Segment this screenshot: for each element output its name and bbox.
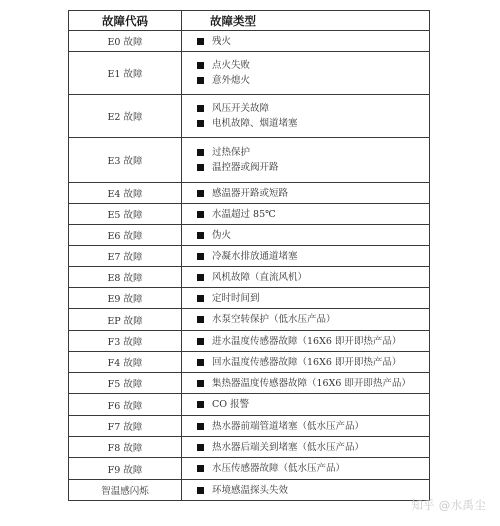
fault-type-item: 进水温度传感器故障（16X6 即开即热产品）	[197, 334, 429, 349]
fault-type-cell: 过热保护温控器或阀开路	[182, 138, 430, 183]
fault-type-item: 感温器开路或短路	[197, 186, 429, 201]
fault-type-item: 伪火	[197, 228, 429, 243]
table-row: E5 故障水温超过 85℃	[69, 204, 430, 225]
fault-type-text: 热水器前端管道堵塞（低水压产品）	[212, 419, 364, 434]
fault-type-item: 风压开关故障	[197, 101, 429, 116]
square-bullet-icon	[197, 359, 204, 366]
fault-type-item: 环境感温探头失效	[197, 483, 429, 498]
fault-type-cell: 感温器开路或短路	[182, 183, 430, 204]
table-row: F8 故障热水器后端关到堵塞（低水压产品）	[69, 437, 430, 458]
fault-code-cell: E9 故障	[69, 288, 182, 309]
square-bullet-icon	[197, 77, 204, 84]
fault-code-cell: E7 故障	[69, 246, 182, 267]
fault-type-item: 残火	[197, 34, 429, 49]
square-bullet-icon	[197, 38, 204, 45]
fault-type-cell: 残火	[182, 31, 430, 52]
fault-type-text: 风机故障（直流风机）	[212, 270, 307, 285]
fault-type-item: 风机故障（直流风机）	[197, 270, 429, 285]
fault-type-text: 冷凝水排放通道堵塞	[212, 249, 298, 264]
header-fault-type: 故障类型	[182, 11, 430, 31]
table-body: E0 故障残火E1 故障点火失败意外熄火E2 故障风压开关故障电机故障、烟道堵塞…	[69, 31, 430, 501]
fault-type-text: 伪火	[212, 228, 231, 243]
fault-code-cell: F3 故障	[69, 331, 182, 352]
square-bullet-icon	[197, 487, 204, 494]
table-row: F5 故障集热器温度传感器故障（16X6 即开即热产品）	[69, 373, 430, 394]
table-row: F6 故障CO 报警	[69, 394, 430, 416]
fault-type-text: 电机故障、烟道堵塞	[212, 116, 298, 131]
fault-type-item: 点火失败	[197, 58, 429, 73]
fault-type-cell: 热水器前端管道堵塞（低水压产品）	[182, 416, 430, 437]
fault-type-text: 热水器后端关到堵塞（低水压产品）	[212, 440, 364, 455]
table-row: EP 故障水泵空转保护（低水压产品）	[69, 309, 430, 331]
fault-type-item: 电机故障、烟道堵塞	[197, 116, 429, 131]
table-row: E0 故障残火	[69, 31, 430, 52]
fault-type-cell: 水压传感器故障（低水压产品）	[182, 458, 430, 480]
fault-code-cell: F4 故障	[69, 352, 182, 373]
fault-type-text: 水泵空转保护（低水压产品）	[212, 312, 336, 327]
fault-type-cell: 冷凝水排放通道堵塞	[182, 246, 430, 267]
fault-type-text: 风压开关故障	[212, 101, 269, 116]
fault-code-cell: E5 故障	[69, 204, 182, 225]
fault-type-cell: 风压开关故障电机故障、烟道堵塞	[182, 95, 430, 138]
table-row: E3 故障过热保护温控器或阀开路	[69, 138, 430, 183]
square-bullet-icon	[197, 401, 204, 408]
table-row: E1 故障点火失败意外熄火	[69, 52, 430, 95]
fault-code-cell: E8 故障	[69, 267, 182, 288]
square-bullet-icon	[197, 232, 204, 239]
fault-type-text: 定时时间到	[212, 291, 260, 306]
fault-code-cell: 智温感闪烁	[69, 480, 182, 501]
fault-code-cell: E4 故障	[69, 183, 182, 204]
fault-type-text: 环境感温探头失效	[212, 483, 288, 498]
fault-type-cell: 环境感温探头失效	[182, 480, 430, 501]
fault-code-cell: F9 故障	[69, 458, 182, 480]
square-bullet-icon	[197, 105, 204, 112]
fault-type-item: 温控器或阀开路	[197, 160, 429, 175]
fault-type-cell: 伪火	[182, 225, 430, 246]
square-bullet-icon	[197, 295, 204, 302]
fault-code-cell: E6 故障	[69, 225, 182, 246]
fault-code-cell: F6 故障	[69, 394, 182, 416]
fault-type-cell: 水温超过 85℃	[182, 204, 430, 225]
fault-type-cell: 点火失败意外熄火	[182, 52, 430, 95]
fault-code-cell: F8 故障	[69, 437, 182, 458]
square-bullet-icon	[197, 120, 204, 127]
square-bullet-icon	[197, 465, 204, 472]
square-bullet-icon	[197, 423, 204, 430]
table-row: F7 故障热水器前端管道堵塞（低水压产品）	[69, 416, 430, 437]
fault-type-cell: 热水器后端关到堵塞（低水压产品）	[182, 437, 430, 458]
fault-code-table: 故障代码 故障类型 E0 故障残火E1 故障点火失败意外熄火E2 故障风压开关故…	[68, 10, 430, 501]
fault-type-item: 定时时间到	[197, 291, 429, 306]
fault-type-text: 回水温度传感器故障（16X6 即开即热产品）	[212, 355, 401, 370]
table-header-row: 故障代码 故障类型	[69, 11, 430, 31]
fault-type-cell: 水泵空转保护（低水压产品）	[182, 309, 430, 331]
fault-code-cell: EP 故障	[69, 309, 182, 331]
fault-type-text: 集热器温度传感器故障（16X6 即开即热产品）	[212, 376, 411, 391]
table-row: F9 故障水压传感器故障（低水压产品）	[69, 458, 430, 480]
fault-type-item: 水温超过 85℃	[197, 207, 429, 222]
fault-type-item: 冷凝水排放通道堵塞	[197, 249, 429, 264]
fault-type-text: 水压传感器故障（低水压产品）	[212, 461, 345, 476]
square-bullet-icon	[197, 62, 204, 69]
fault-type-item: 水压传感器故障（低水压产品）	[197, 461, 429, 476]
fault-type-cell: 回水温度传感器故障（16X6 即开即热产品）	[182, 352, 430, 373]
fault-type-cell: CO 报警	[182, 394, 430, 416]
fault-type-text: 点火失败	[212, 58, 250, 73]
square-bullet-icon	[197, 316, 204, 323]
table-row: E6 故障伪火	[69, 225, 430, 246]
table-row: E8 故障风机故障（直流风机）	[69, 267, 430, 288]
fault-type-item: 热水器后端关到堵塞（低水压产品）	[197, 440, 429, 455]
header-fault-code: 故障代码	[69, 11, 182, 31]
table-row: E4 故障感温器开路或短路	[69, 183, 430, 204]
square-bullet-icon	[197, 190, 204, 197]
fault-type-cell: 集热器温度传感器故障（16X6 即开即热产品）	[182, 373, 430, 394]
table-row: 智温感闪烁环境感温探头失效	[69, 480, 430, 501]
fault-code-cell: E1 故障	[69, 52, 182, 95]
square-bullet-icon	[197, 338, 204, 345]
fault-type-cell: 进水温度传感器故障（16X6 即开即热产品）	[182, 331, 430, 352]
watermark: 知乎 @水禹尘	[411, 497, 486, 513]
fault-type-text: 进水温度传感器故障（16X6 即开即热产品）	[212, 334, 401, 349]
fault-type-item: 热水器前端管道堵塞（低水压产品）	[197, 419, 429, 434]
fault-code-cell: F7 故障	[69, 416, 182, 437]
fault-type-item: CO 报警	[197, 397, 429, 412]
square-bullet-icon	[197, 211, 204, 218]
fault-code-cell: E0 故障	[69, 31, 182, 52]
square-bullet-icon	[197, 149, 204, 156]
fault-type-cell: 定时时间到	[182, 288, 430, 309]
fault-type-item: 过热保护	[197, 145, 429, 160]
table-row: E7 故障冷凝水排放通道堵塞	[69, 246, 430, 267]
fault-type-text: 温控器或阀开路	[212, 160, 279, 175]
fault-type-text: 意外熄火	[212, 73, 250, 88]
table-row: E2 故障风压开关故障电机故障、烟道堵塞	[69, 95, 430, 138]
fault-type-item: 水泵空转保护（低水压产品）	[197, 312, 429, 327]
fault-code-cell: E2 故障	[69, 95, 182, 138]
fault-type-text: 感温器开路或短路	[212, 186, 288, 201]
table-row: E9 故障定时时间到	[69, 288, 430, 309]
square-bullet-icon	[197, 253, 204, 260]
fault-type-text: 过热保护	[212, 145, 250, 160]
fault-type-text: 水温超过 85℃	[212, 207, 276, 222]
fault-type-text: CO 报警	[212, 397, 249, 412]
table-row: F4 故障回水温度传感器故障（16X6 即开即热产品）	[69, 352, 430, 373]
fault-type-item: 集热器温度传感器故障（16X6 即开即热产品）	[197, 376, 429, 391]
fault-type-cell: 风机故障（直流风机）	[182, 267, 430, 288]
square-bullet-icon	[197, 274, 204, 281]
fault-type-item: 回水温度传感器故障（16X6 即开即热产品）	[197, 355, 429, 370]
fault-code-cell: F5 故障	[69, 373, 182, 394]
table-row: F3 故障进水温度传感器故障（16X6 即开即热产品）	[69, 331, 430, 352]
square-bullet-icon	[197, 380, 204, 387]
square-bullet-icon	[197, 164, 204, 171]
fault-type-item: 意外熄火	[197, 73, 429, 88]
fault-code-cell: E3 故障	[69, 138, 182, 183]
square-bullet-icon	[197, 444, 204, 451]
fault-type-text: 残火	[212, 34, 231, 49]
